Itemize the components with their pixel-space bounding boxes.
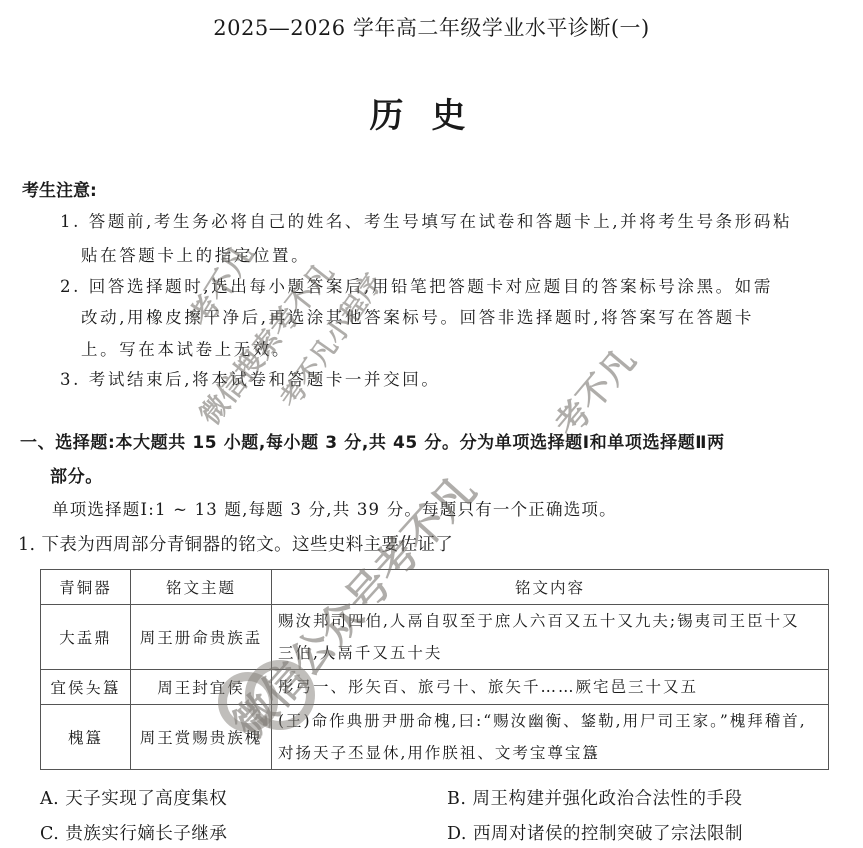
option-b: B. 周王构建并强化政治合法性的手段 — [447, 785, 743, 810]
notice-item-1-line-2: 贴在答题卡上的指定位置。 — [81, 242, 310, 266]
subject-title: 历史 — [0, 88, 863, 137]
table-cell-theme: 周王册命贵族盂 — [131, 605, 272, 670]
table-cell-vessel: 大盂鼎 — [41, 605, 131, 670]
content-line: (王)命作典册尹册命槐,曰:“赐汝幽衡、鋚勒,用尸司王家。”槐拜稽首, — [278, 705, 822, 737]
section-title-line-2: 部分。 — [50, 462, 103, 487]
section-title-line-1: 一、选择题:本大题共 15 小题,每小题 3 分,共 45 分。分为单项选择题Ⅰ… — [20, 428, 725, 453]
section-sub-instruction: 单项选择题Ⅰ:1 ~ 13 题,每题 3 分,共 39 分。每题只有一个正确选项… — [52, 496, 617, 520]
content-line: 对扬天子丕显休,用作朕祖、文考宝尊宝簋 — [278, 737, 822, 769]
table-cell-vessel: 宜侯夨簋 — [41, 670, 131, 705]
content-line: 彤弓一、彤矢百、旅弓十、旅矢千……厥宅邑三十又五 — [278, 671, 822, 703]
option-c: C. 贵族实行嫡长子继承 — [40, 820, 227, 845]
inscription-table: 青铜器 铭文主题 铭文内容 大盂鼎 周王册命贵族盂 赐汝邦司四伯,人鬲自驭至于庶… — [40, 569, 829, 770]
option-d: D. 西周对诸侯的控制突破了宗法限制 — [447, 820, 743, 845]
notice-item-1-line-1: 1. 答题前,考生务必将自己的姓名、考生号填写在试卷和答题卡上,并将考生号条形码… — [60, 208, 792, 232]
table-cell-content: (王)命作典册尹册命槐,曰:“赐汝幽衡、鋚勒,用尸司王家。”槐拜稽首, 对扬天子… — [272, 705, 829, 770]
table-header-theme: 铭文主题 — [131, 570, 272, 605]
option-a: A. 天子实现了高度集权 — [40, 785, 227, 810]
table-header-row: 青铜器 铭文主题 铭文内容 — [41, 570, 829, 605]
table-row: 槐簋 周王赏赐贵族槐 (王)命作典册尹册命槐,曰:“赐汝幽衡、鋚勒,用尸司王家。… — [41, 705, 829, 770]
table-row: 大盂鼎 周王册命贵族盂 赐汝邦司四伯,人鬲自驭至于庶人六百又五十又九夫;锡夷司王… — [41, 605, 829, 670]
table-header-vessel: 青铜器 — [41, 570, 131, 605]
table-cell-content: 彤弓一、彤矢百、旅弓十、旅矢千……厥宅邑三十又五 — [272, 670, 829, 705]
exam-title: 2025—2026 学年高二年级学业水平诊断(一) — [0, 12, 863, 42]
table-cell-vessel: 槐簋 — [41, 705, 131, 770]
wechat-logo-icon — [245, 660, 315, 730]
notice-title: 考生注意: — [22, 176, 97, 201]
table-row: 宜侯夨簋 周王封宜侯 彤弓一、彤矢百、旅弓十、旅矢千……厥宅邑三十又五 — [41, 670, 829, 705]
notice-item-2-line-1: 2. 回答选择题时,选出每小题答案后,用铅笔把答题卡对应题目的答案标号涂黑。如需 — [60, 273, 773, 297]
